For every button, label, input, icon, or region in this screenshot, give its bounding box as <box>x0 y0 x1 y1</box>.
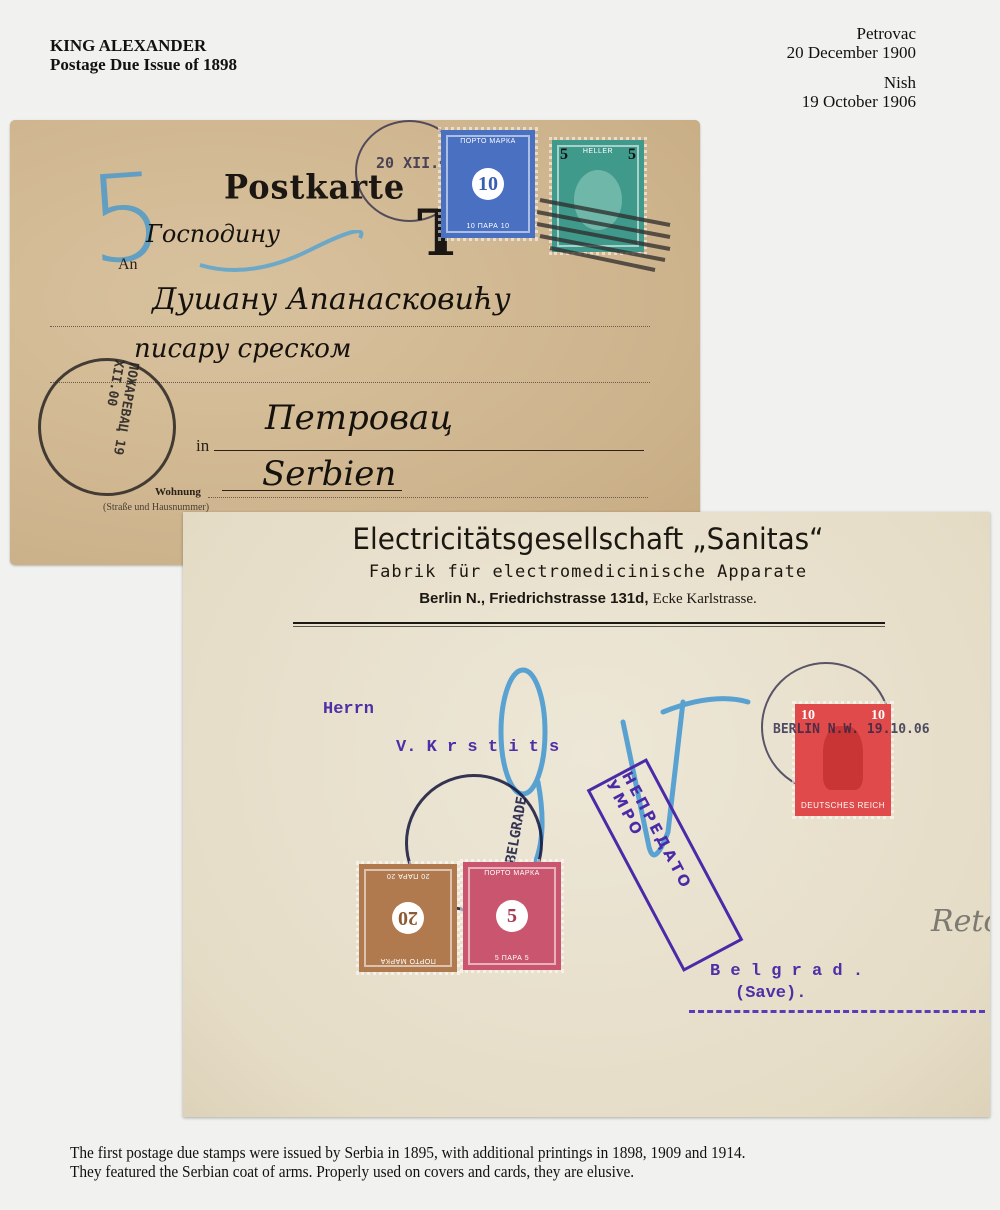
cover-dates: Petrovac 20 December 1900 Nish 19 Octobe… <box>787 24 916 111</box>
handwriting-line-2: Душану Апанасковићу <box>152 282 511 317</box>
postmark-berlin-text: BERLIN N.W. 19.10.06 <box>773 722 930 737</box>
stamp-serbia-10: ПОРТО МАРКА 10 10 ПАРА 10 <box>441 130 535 238</box>
addressee-region: (Save). <box>735 984 806 1003</box>
stamp-serbia-20: ПОРТО МАРКА 20 20 ПАРА 20 <box>359 864 457 972</box>
stamp-serbia-5: ПОРТО МАРКА 5 5 ПАРА 5 <box>463 862 561 970</box>
label-wohnung: Wohnung <box>155 486 201 498</box>
postcard: 5 Postkarte 20 XII.00 T ПОРТО МАРКА 10 1… <box>10 120 700 565</box>
label-an: An <box>118 256 138 274</box>
addressee-salutation: Herrn <box>323 700 374 719</box>
cover: Electricitätsgesellschaft „Sanitas“ Fabr… <box>183 512 990 1117</box>
addressee-city: B e l g r a d . <box>710 962 863 981</box>
label-in: in <box>196 436 209 456</box>
exhibit-caption: The first postage due stamps were issued… <box>70 1143 888 1181</box>
barred-cancel <box>535 190 675 280</box>
handwriting-line-3: писару среском <box>134 334 351 364</box>
handwriting-line-5: Serbien <box>262 454 396 494</box>
entry-date-2: 19 October 1906 <box>787 92 916 111</box>
typed-underline <box>689 1010 985 1013</box>
firm-name: Electricitätsgesellschaft „Sanitas“ <box>199 522 977 556</box>
firm-address: Berlin N., Friedrichstrasse 131d, Ecke K… <box>183 590 990 608</box>
entry-date-1: 20 December 1900 <box>787 43 916 62</box>
exhibit-subtitle: Postage Due Issue of 1898 <box>50 55 237 74</box>
entry-place-1: Petrovac <box>787 24 916 43</box>
letterhead-rule <box>293 622 885 624</box>
entry-place-2: Nish <box>787 73 916 92</box>
exhibit-header: KING ALEXANDER Postage Due Issue of 1898 <box>50 36 237 74</box>
pencil-note: Retour <box>931 904 990 939</box>
caption-line-1: The first postage due stamps were issued… <box>70 1143 888 1162</box>
handwriting-line-4: Петровац <box>265 398 453 438</box>
exhibit-title: KING ALEXANDER <box>50 36 237 55</box>
caption-line-2: They featured the Serbian coat of arms. … <box>70 1162 888 1181</box>
handwriting-line-1: Господину <box>146 220 280 248</box>
stamp-germany-10: 10 10 DEUTSCHES REICH <box>795 704 891 816</box>
firm-subtitle: Fabrik für electromedicinische Apparate <box>183 562 990 582</box>
